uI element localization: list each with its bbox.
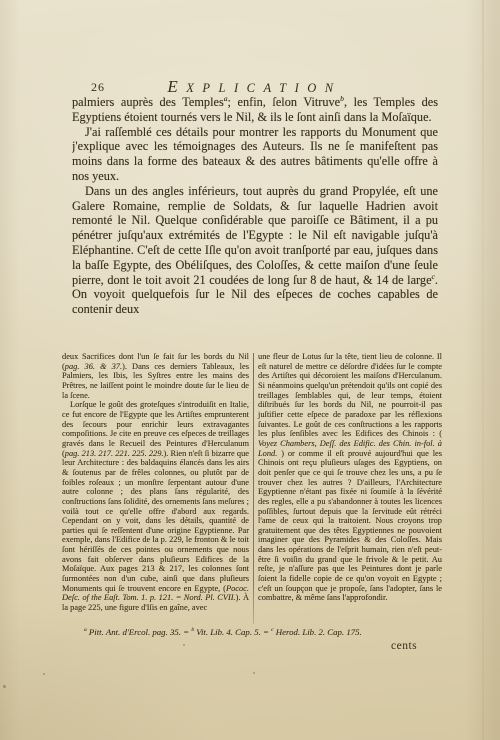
paper-speck xyxy=(183,644,185,646)
paragraph-2: J'ai raſſemblé ces détails pour montrer … xyxy=(72,125,438,184)
footnote-references: a Pitt. Ant. d'Ercol. pag. 35. = b Vit. … xyxy=(84,627,434,637)
main-text-block: palmiers auprès des Templesa; enfin, ſel… xyxy=(72,95,438,367)
footnote-right-column: une fleur de Lotus ſur la tête, tient li… xyxy=(258,352,442,626)
paper-speck xyxy=(253,672,255,674)
running-title: EXPLICATION xyxy=(0,77,500,97)
footnote-column-divider xyxy=(253,353,254,624)
page-background: 26 EXPLICATION palmiers auprès des Templ… xyxy=(0,0,500,740)
footnotes-section: deux Sacrifices dont l'un ſe fait ſur le… xyxy=(62,352,442,626)
catchword: cents xyxy=(391,640,417,652)
footnote-paragraph: Lorſque le goût des groteſques s'introdu… xyxy=(62,400,249,612)
paper-speck xyxy=(43,673,45,675)
page-edge-shadow xyxy=(482,0,484,740)
footnote-paragraph: deux Sacrifices dont l'un ſe fait ſur le… xyxy=(62,352,249,400)
footnote-left-column: deux Sacrifices dont l'un ſe fait ſur le… xyxy=(62,352,249,626)
paragraph-1: palmiers auprès des Templesa; enfin, ſel… xyxy=(72,95,438,125)
footnote-paragraph: une fleur de Lotus ſur la tête, tient li… xyxy=(258,352,442,603)
paragraph-3: Dans un des angles inférieurs, tout aupr… xyxy=(72,184,438,317)
paper-speck xyxy=(3,685,6,688)
